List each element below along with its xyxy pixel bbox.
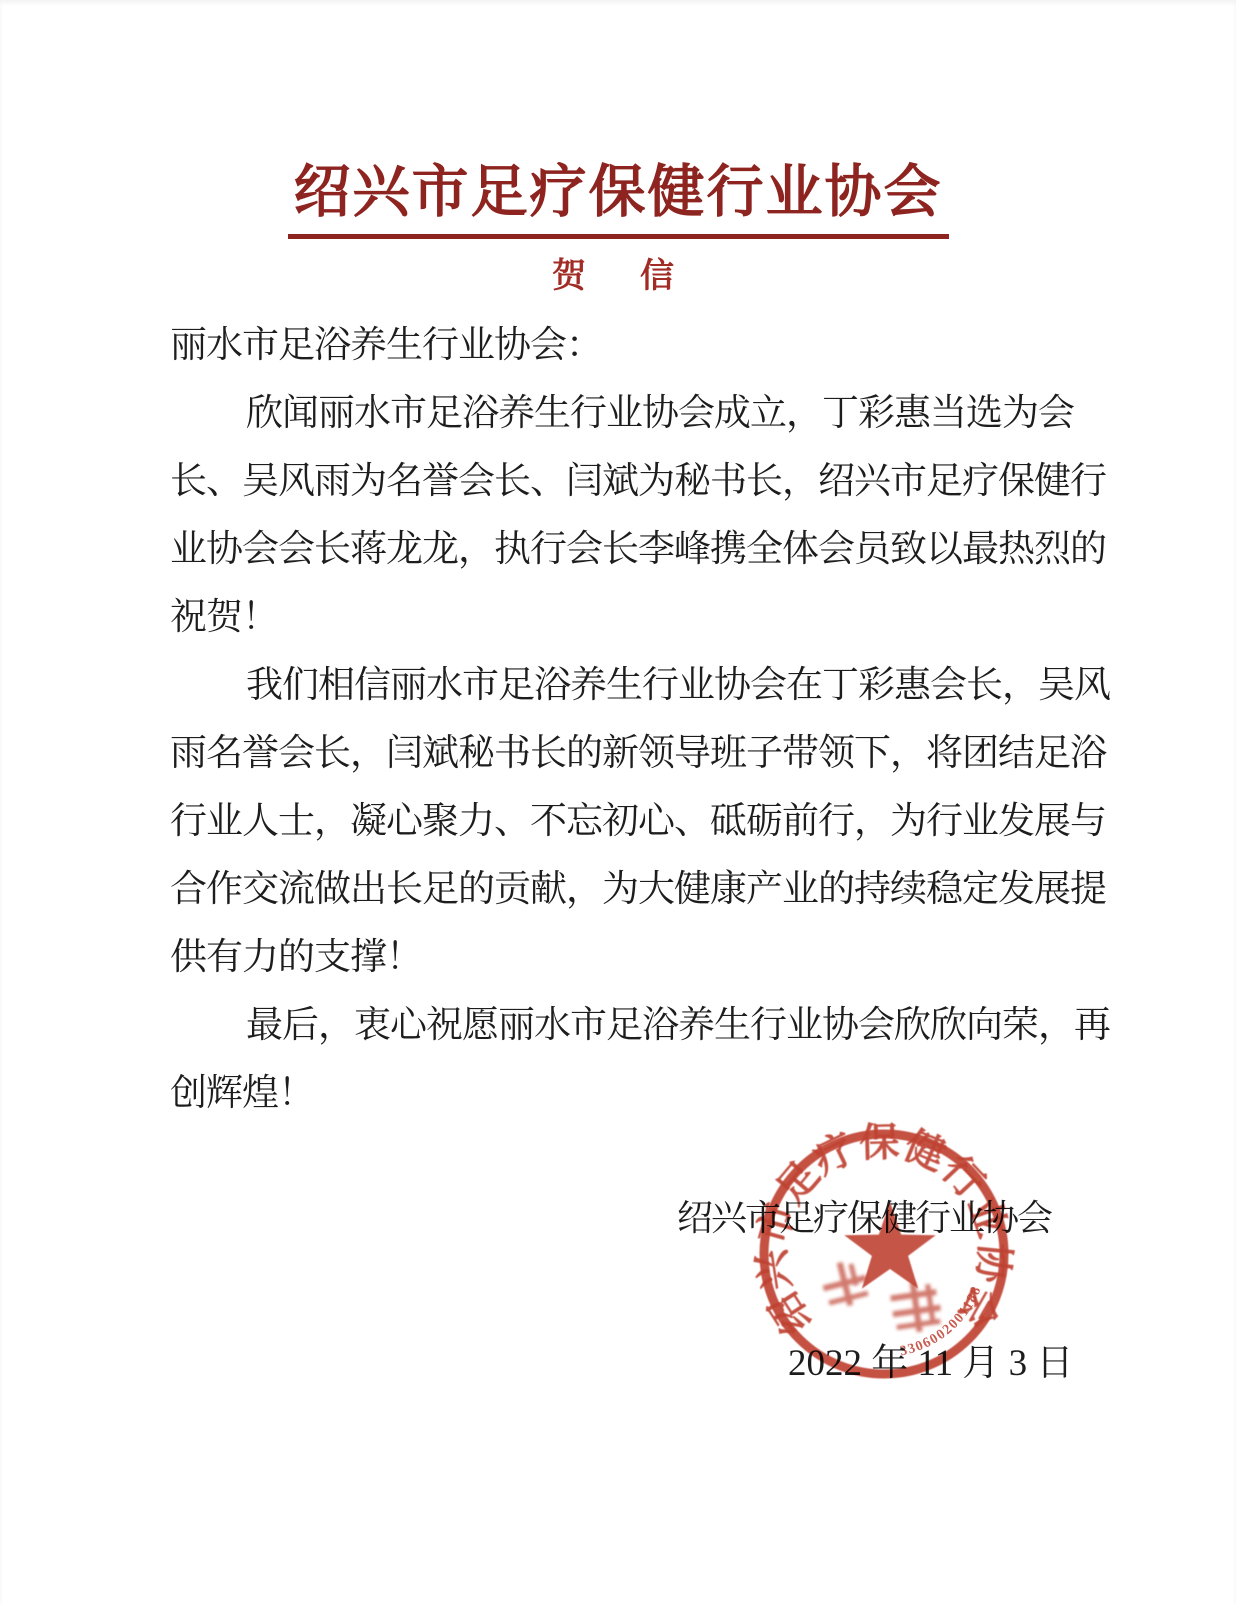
body-line: 我们相信丽水市足浴养生行业协会在丁彩惠会长，吴风 <box>170 652 1090 720</box>
body-line-salutation: 丽水市足浴养生行业协会： <box>170 312 1090 380</box>
body-line: 最后，衷心祝愿丽水市足浴养生行业协会欣欣向荣，再 <box>170 992 1090 1060</box>
letter-subtitle: 贺 信 <box>0 248 1236 297</box>
letterhead-title: 绍兴市足疗保健行业协会 <box>288 146 949 239</box>
body-line: 业协会会长蒋龙龙，执行会长李峰携全体会员致以最热烈的 <box>170 516 1090 584</box>
body-line: 行业人士，凝心聚力、不忘初心、砥砺前行，为行业发展与 <box>170 788 1090 856</box>
letter-body: 丽水市足浴养生行业协会： 欣闻丽水市足浴养生行业协会成立，丁彩惠当选为会 长、吴… <box>170 312 1090 1128</box>
body-line: 祝贺！ <box>170 584 1090 652</box>
letterhead-title-row: 绍兴市足疗保健行业协会 <box>0 146 1236 239</box>
scanned-letter-page: 绍兴市足疗保健行业协会 贺 信 丽水市足浴养生行业协会： 欣闻丽水市足浴养生行业… <box>0 0 1236 1604</box>
body-line: 合作交流做出长足的贡献，为大健康产业的持续稳定发展提 <box>170 856 1090 924</box>
body-line: 供有力的支撑！ <box>170 924 1090 992</box>
stamp-star-icon <box>844 1202 935 1289</box>
official-stamp: 绍兴市足疗保健行业协会 3306002001188 <box>738 1108 1030 1400</box>
body-line: 长、吴风雨为名誉会长、闫斌为秘书长，绍兴市足疗保健行 <box>170 448 1090 516</box>
body-line: 欣闻丽水市足浴养生行业协会成立，丁彩惠当选为会 <box>170 380 1090 448</box>
body-line: 雨名誉会长，闫斌秘书长的新领导班子带领下，将团结足浴 <box>170 720 1090 788</box>
